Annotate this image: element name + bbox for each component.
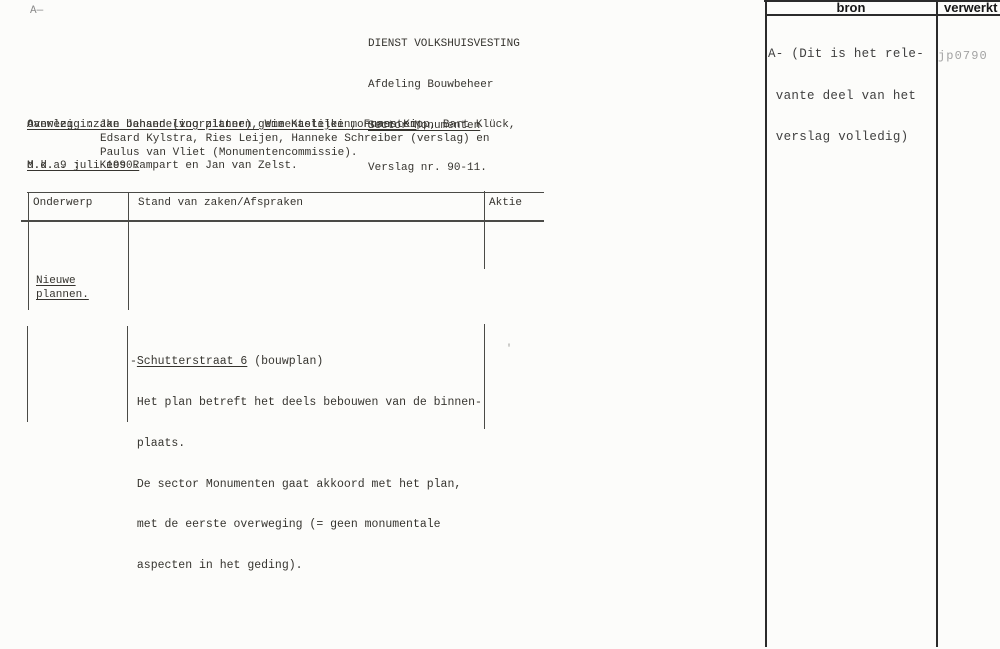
column-header-bron: bron: [766, 1, 936, 14]
attendees-line-1: Aanwezig : Jan Jansen (voorzitter), Wim …: [27, 119, 515, 133]
sidebar-note-line: vante deel van het: [768, 90, 924, 104]
table-header-rule: [21, 220, 544, 222]
absentees-label: M.k.a.: [27, 160, 67, 172]
scan-noise-mark: ': [506, 343, 512, 357]
row-label-plannen: plannen.: [36, 289, 89, 303]
entry-text-line: De sector Monumenten gaat akkoord met he…: [130, 478, 482, 492]
column-header-aktie: Aktie: [489, 197, 522, 211]
attendees-line-3: Paulus van Vliet (Monumentencommissie).: [100, 147, 357, 161]
entry-address: Schutterstraat 6: [137, 355, 247, 368]
entry-schutterstraat: -Schutterstraat 6 (bouwplan) Het plan be…: [130, 328, 482, 586]
table-aktie-rule-b: [484, 324, 485, 429]
corner-mark: A—: [30, 5, 43, 19]
sidebar-left-rule: [765, 0, 767, 647]
sidebar-column-rule: [936, 0, 938, 647]
entry-text-line: aspecten in het geding).: [130, 559, 482, 573]
table-col1-rule-a: [128, 192, 129, 310]
column-header-stand-van-zaken: Stand van zaken/Afspraken: [138, 197, 303, 211]
attendees-label: Aanwezig: [27, 119, 80, 131]
absentees-names: : Kees Rampart en Jan van Zelst.: [67, 160, 298, 172]
sidebar-note-line: verslag volledig): [768, 131, 924, 145]
entry-text-line: met de eerste overweging (= geen monumen…: [130, 518, 482, 532]
entry-plan-type: (bouwplan): [247, 355, 323, 368]
absentees-line: M.k.a. : Kees Rampart en Jan van Zelst.: [27, 160, 298, 174]
entry-text-line: Het plan betreft het deels bebouwen van …: [130, 396, 482, 410]
column-header-verwerkt: verwerkt: [944, 1, 997, 14]
column-header-onderwerp: Onderwerp: [33, 197, 92, 211]
attendees-line-2: Edsard Kylstra, Ries Leijen, Hanneke Sch…: [100, 133, 489, 147]
entry-dash: -: [130, 355, 137, 368]
table-col1-rule-b: [127, 326, 128, 422]
row-label-nieuwe: Nieuwe: [36, 275, 76, 289]
table-top-rule: [27, 192, 544, 193]
entry-title-line: -Schutterstraat 6 (bouwplan): [130, 355, 482, 369]
sidebar-note: A- (Dit is het rele- vante deel van het …: [768, 20, 924, 159]
sidebar-note-line: A- (Dit is het rele-: [768, 48, 924, 62]
table-left-rule-b: [27, 326, 28, 422]
table-left-rule-a: [28, 192, 29, 310]
entry-text-line: plaats.: [130, 437, 482, 451]
letterhead-service: DIENST VOLKSHUISVESTING: [368, 38, 520, 52]
attendees-names-1: : Jan Jansen (voorzitter), Wim Kastelein…: [80, 119, 516, 131]
table-aktie-rule-a: [484, 191, 485, 269]
processed-stamp: jp0790: [938, 50, 988, 64]
